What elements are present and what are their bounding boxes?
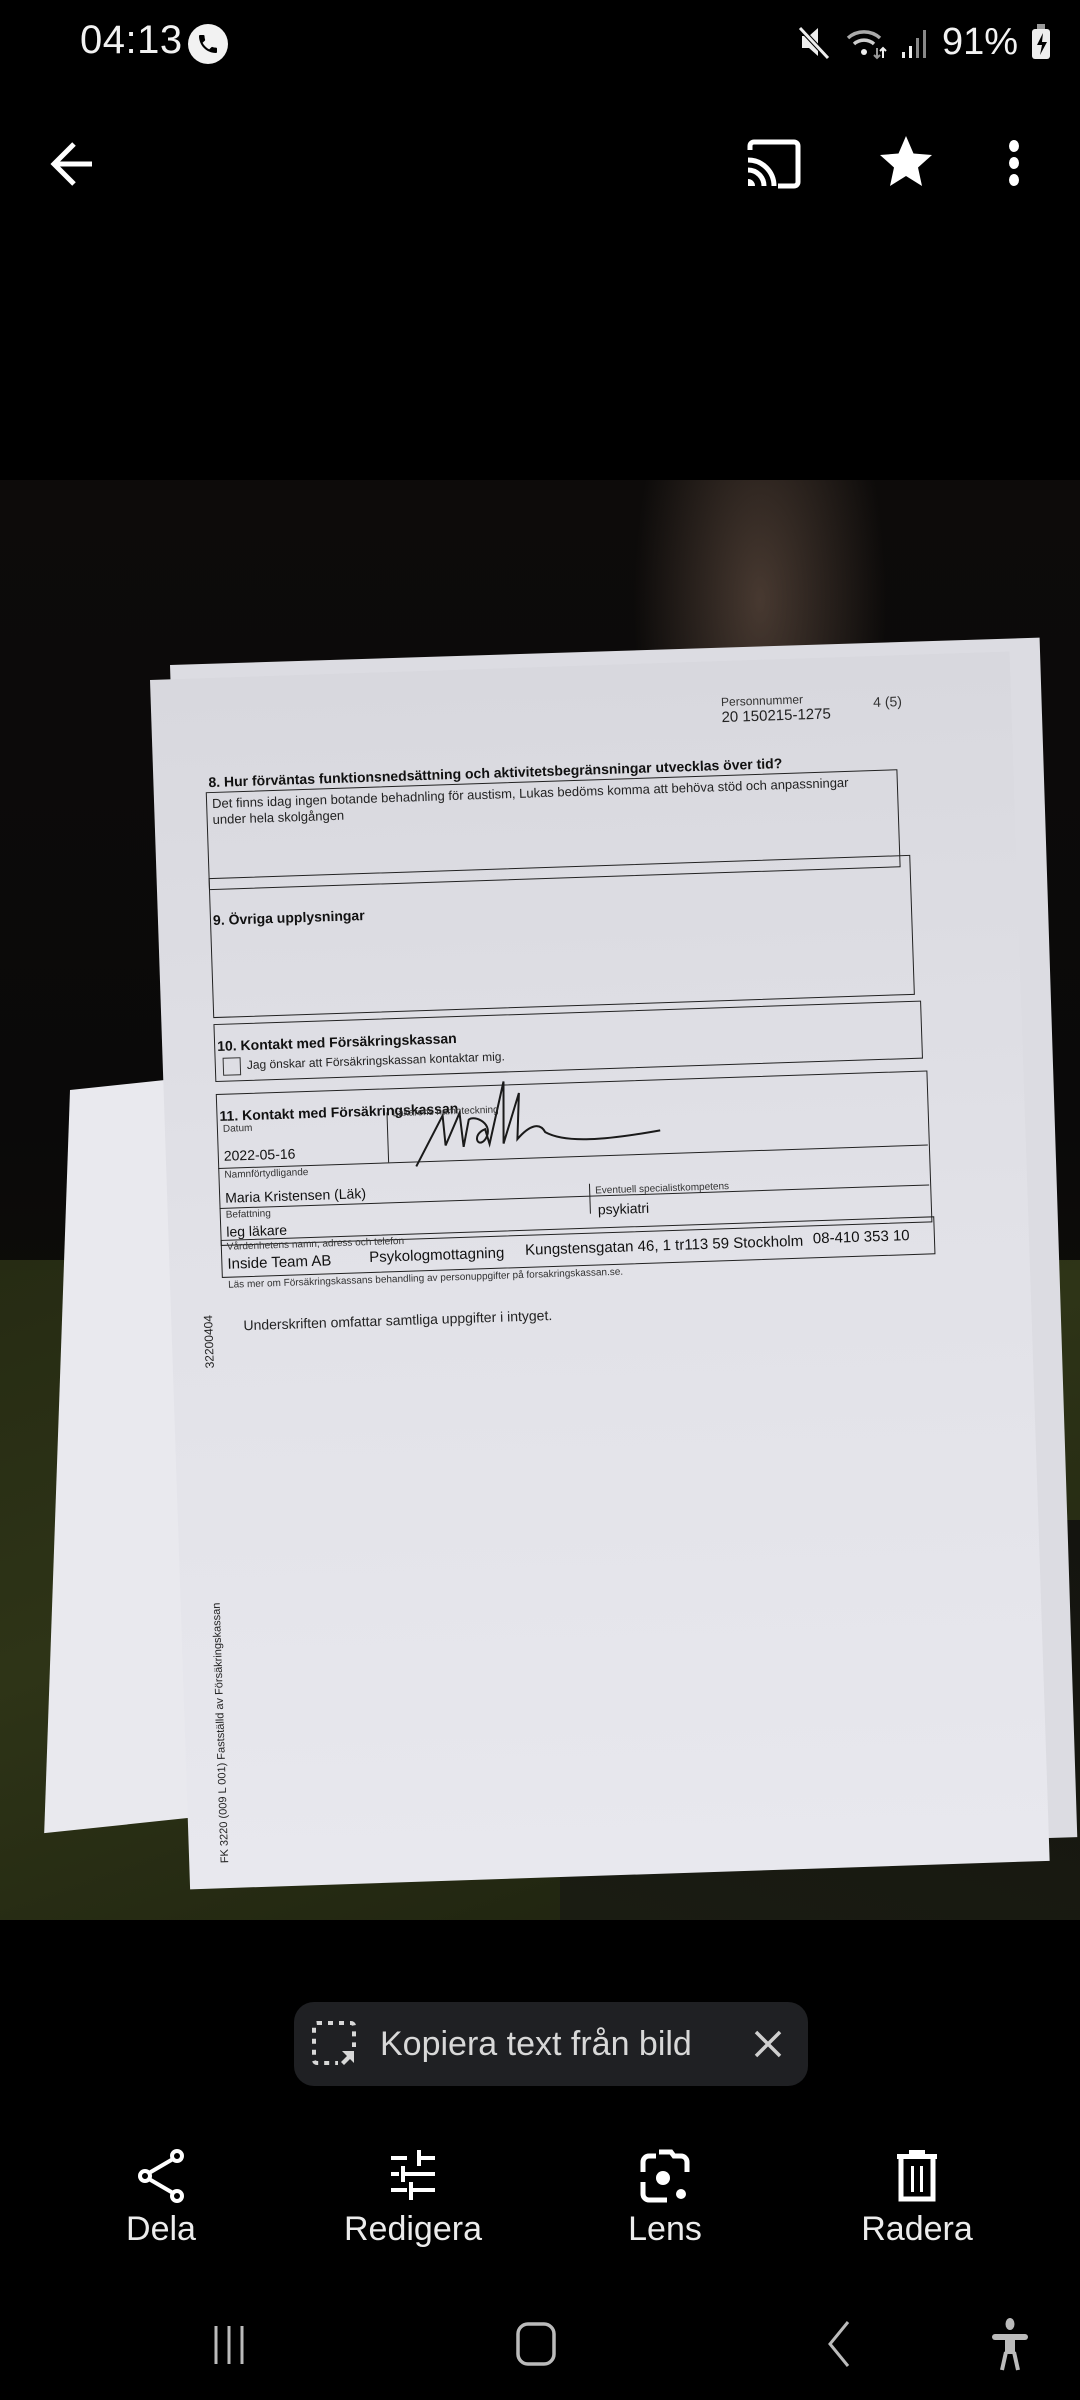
- tune-icon: [383, 2146, 443, 2206]
- copy-text-chip[interactable]: Kopiera text från bild: [294, 2002, 808, 2086]
- action-bar: Dela Redigera Lens Radera: [0, 2140, 1080, 2270]
- back-icon[interactable]: [818, 2318, 858, 2370]
- home-icon[interactable]: [510, 2318, 562, 2370]
- cast-button[interactable]: [742, 132, 806, 196]
- photo-view[interactable]: Personnummer 20 150215-1275 4 (5) 8. Hur…: [0, 480, 1080, 1920]
- copy-text-label: Kopiera text från bild: [380, 2025, 692, 2064]
- signal-icon: [900, 22, 930, 62]
- more-vert-icon: [990, 130, 1038, 194]
- q9-box: [209, 855, 915, 1018]
- delete-label: Radera: [817, 2210, 1017, 2249]
- datum-label: Datum: [223, 1123, 253, 1135]
- lens-icon: [635, 2146, 695, 2206]
- personnummer-value: 20 150215-1275: [721, 705, 831, 726]
- navigation-bar: [0, 2290, 1080, 2400]
- battery-charging-icon: [1030, 22, 1052, 62]
- share-label: Dela: [61, 2210, 261, 2249]
- edit-label: Redigera: [313, 2210, 513, 2249]
- befattning-label: Befattning: [226, 1208, 271, 1220]
- mute-icon: [796, 22, 832, 62]
- edit-button[interactable]: Redigera: [313, 2140, 513, 2270]
- recents-icon[interactable]: [206, 2320, 256, 2370]
- specialist-value: psykiatri: [598, 1200, 650, 1218]
- side-code: 32200404: [201, 1315, 217, 1369]
- page-number: 4 (5): [873, 693, 902, 710]
- signature-image: [403, 1068, 666, 1172]
- share-icon: [131, 2146, 191, 2206]
- phone-call-icon: [188, 24, 228, 64]
- document-page: Personnummer 20 150215-1275 4 (5) 8. Hur…: [150, 651, 1050, 1889]
- trash-icon: [887, 2146, 947, 2206]
- vardenhet-name: Inside Team AB: [227, 1252, 331, 1272]
- arrow-back-icon: [40, 132, 104, 196]
- lens-button[interactable]: Lens: [565, 2140, 765, 2270]
- accessibility-icon[interactable]: [984, 2316, 1036, 2372]
- star-icon: [874, 130, 938, 194]
- favorite-button[interactable]: [874, 130, 938, 194]
- close-icon[interactable]: [748, 2024, 788, 2064]
- status-bar: 04:13 91%: [0, 0, 1080, 86]
- wifi-icon: [844, 22, 888, 62]
- text-select-icon: [310, 2019, 360, 2069]
- datum-value: 2022-05-16: [224, 1145, 296, 1163]
- form-id: FK 3220 (009 L 001) Fastställd av Försäk…: [211, 1602, 232, 1863]
- share-button[interactable]: Dela: [61, 2140, 261, 2270]
- lens-label: Lens: [565, 2210, 765, 2249]
- battery-percent: 91%: [942, 21, 1018, 64]
- viewer-toolbar: [0, 110, 1080, 210]
- cast-icon: [742, 132, 806, 196]
- more-options-button[interactable]: [990, 130, 1038, 194]
- status-time: 04:13: [80, 18, 183, 63]
- contact-checkbox[interactable]: [223, 1057, 242, 1076]
- delete-button[interactable]: Radera: [817, 2140, 1017, 2270]
- signature-note: Underskriften omfattar samtliga uppgifte…: [243, 1307, 552, 1333]
- status-icons: 91%: [796, 18, 1052, 66]
- vardenhet-phone: 08-410 353 10: [813, 1227, 910, 1247]
- back-button[interactable]: [40, 132, 104, 196]
